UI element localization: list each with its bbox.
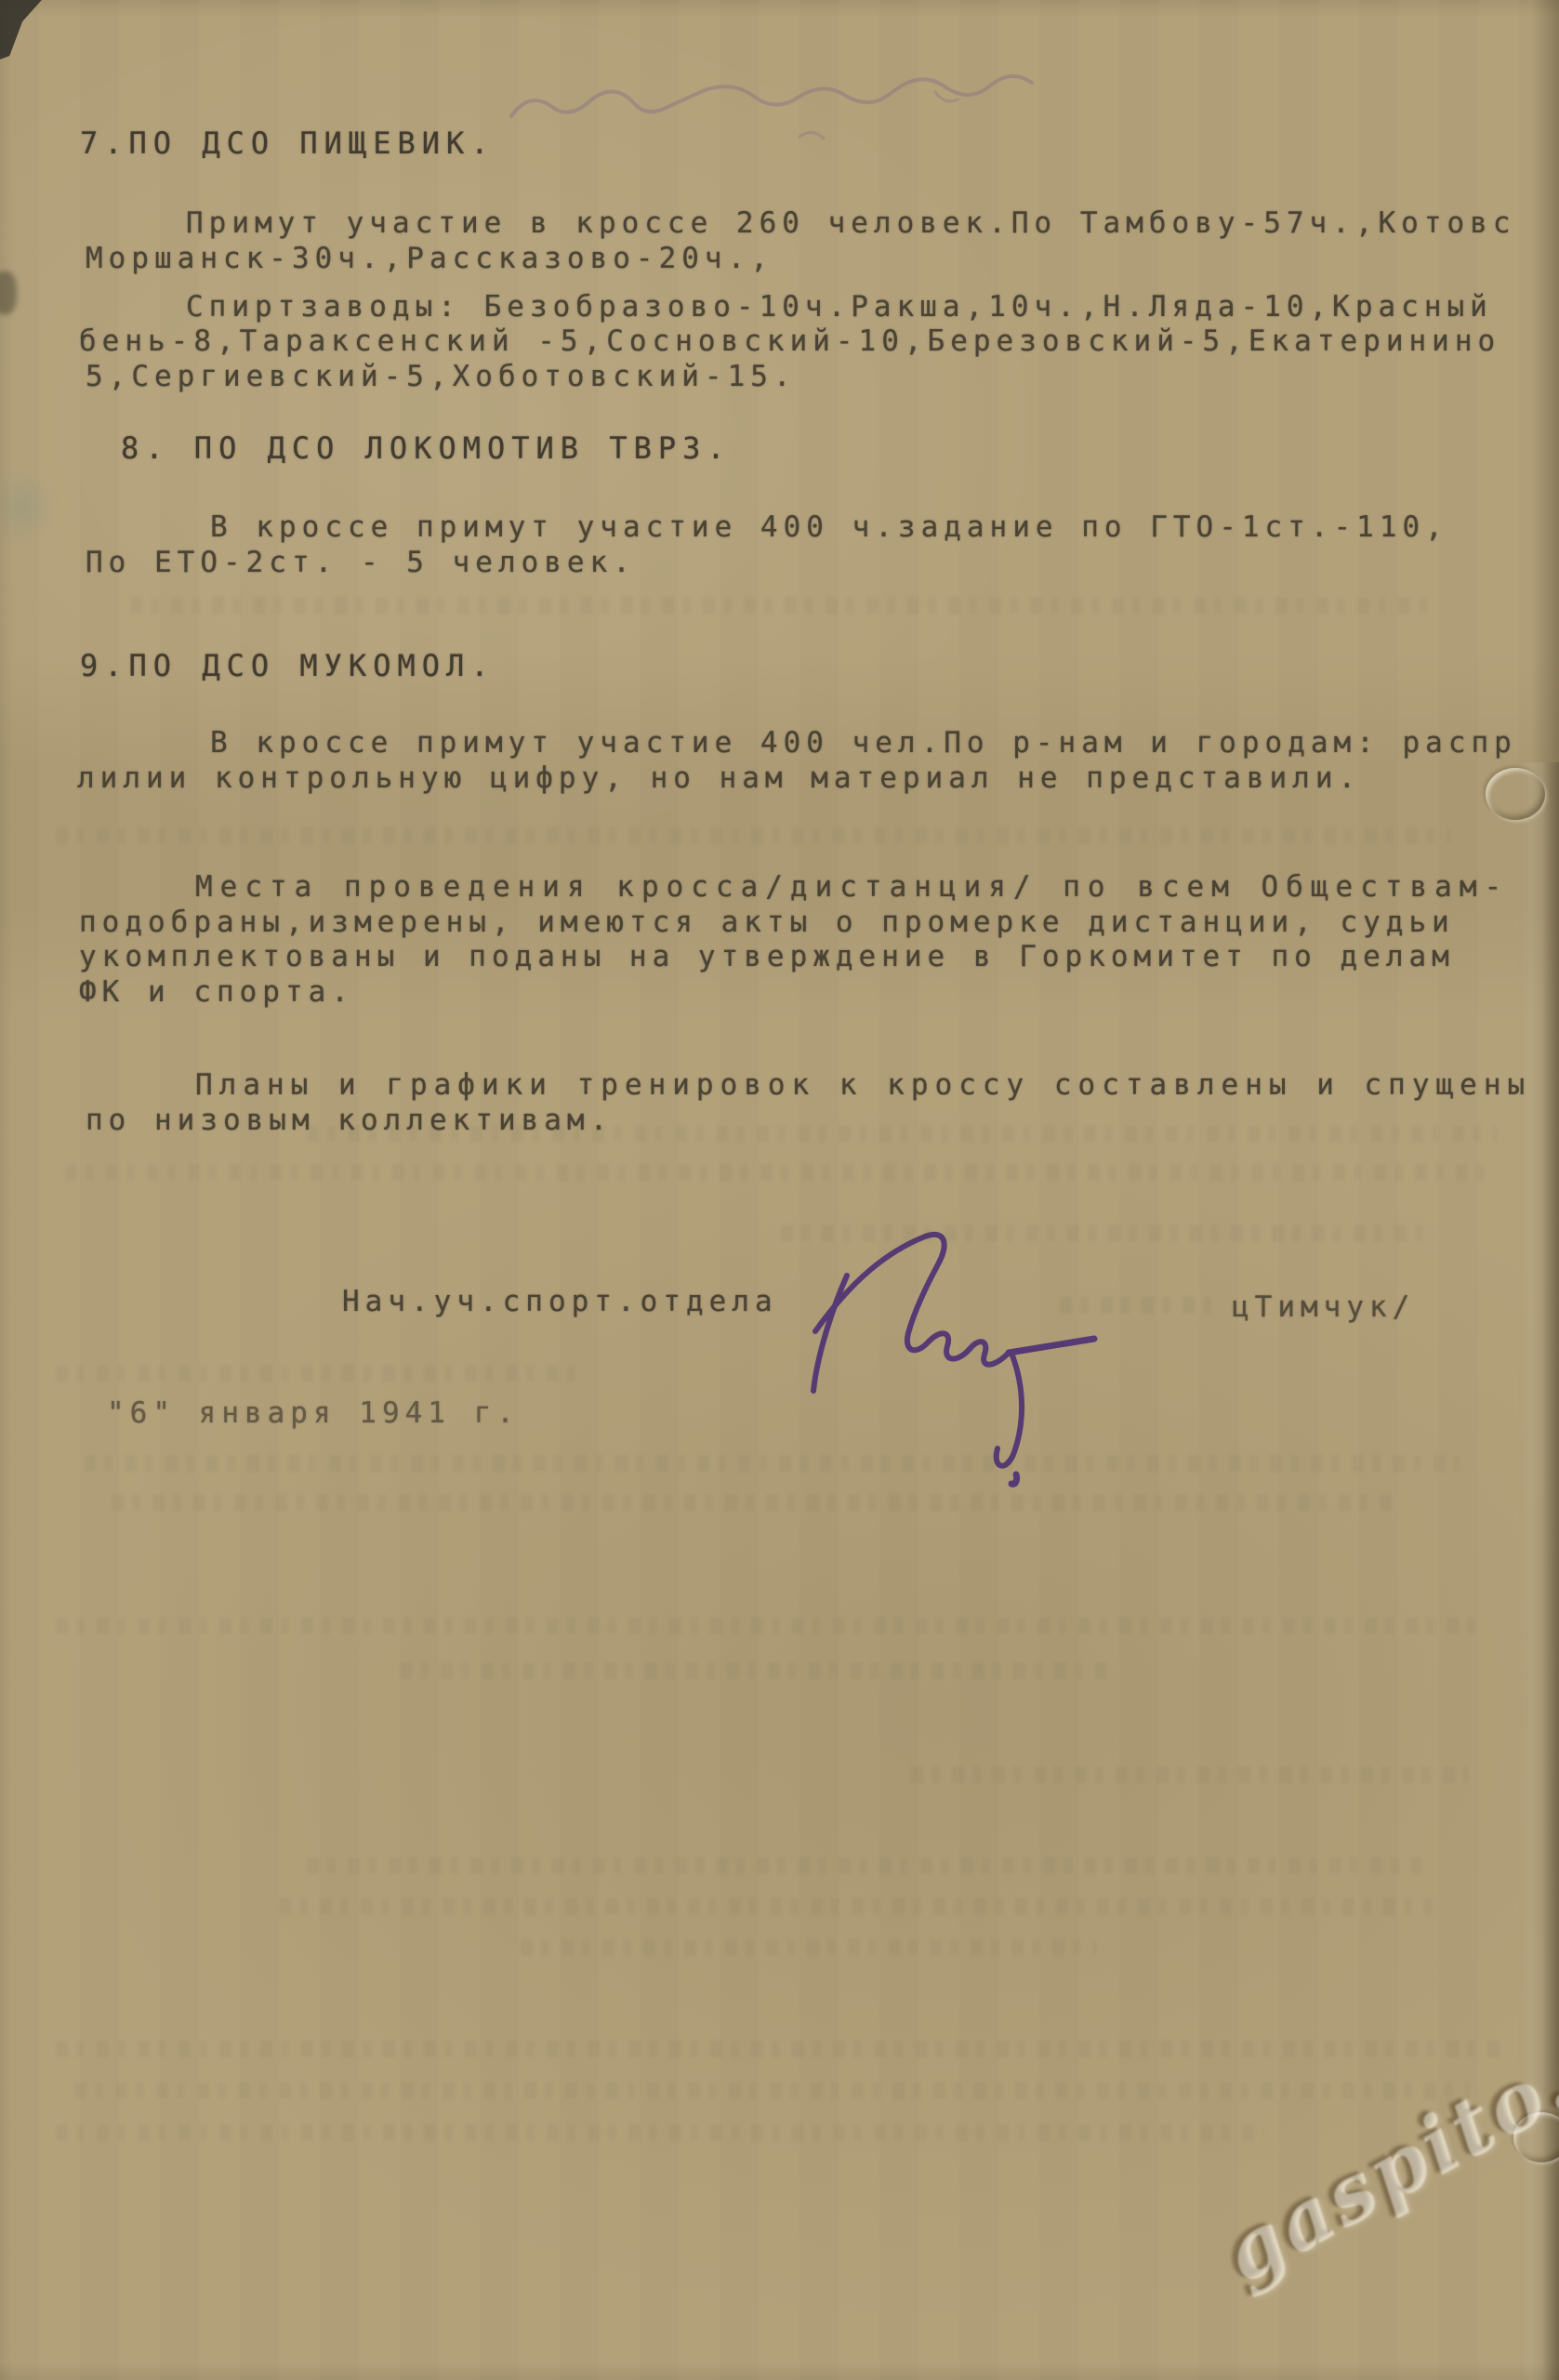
ghost-text-line: [56, 1618, 1487, 1634]
ghost-text-line: [84, 1455, 1460, 1472]
text-line: Примут участие в кроссе 260 человек.По Т…: [186, 206, 1516, 241]
ghost-text-line: [521, 1939, 1097, 1956]
pencil-scribble: [502, 51, 1097, 163]
text-line: Места проведения кросса/дистанция/ по вс…: [195, 870, 1509, 905]
watermark-text: gaspito.ru: [1205, 1813, 1559, 2301]
text-line: подобраны,измерены, имеются акты о проме…: [79, 906, 1455, 940]
section-7-heading: 7.ПО ДСО ПИЩЕВИК.: [80, 126, 495, 161]
ghost-text-line: [56, 2124, 1264, 2141]
text-line: лилии контрольную цифру, но нам материал…: [77, 761, 1361, 796]
section-8-heading: 8. ПО ДСО ЛОКОМОТИВ ТВРЗ.: [121, 431, 732, 466]
scanned-document-page: 7.ПО ДСО ПИЩЕВИК. Примут участие в кросс…: [0, 0, 1559, 2380]
ghost-text-line: [911, 1766, 1469, 1783]
text-line: 5,Сергиевский-5,Хоботовский-15.: [86, 360, 797, 394]
ghost-text-line: [307, 1858, 1422, 1874]
ghost-text-line: [65, 1164, 1497, 1181]
ghost-text-line: [112, 1494, 1394, 1511]
date-line: "6" января 1941 г.: [107, 1396, 520, 1431]
text-line: бень-8,Тараксенский -5,Сосновский-10,Бер…: [79, 324, 1500, 359]
text-line: Моршанск-30ч.,Рассказово-20ч.,: [86, 242, 773, 276]
ink-smudge: [0, 271, 17, 314]
ghost-text-line: [74, 2082, 1469, 2099]
text-line: Спиртзаводы: Безобразово-10ч.Ракша,10ч.,…: [186, 290, 1493, 324]
text-line: ФК и спорта.: [79, 975, 354, 1010]
ghost-text-line: [400, 1662, 1106, 1679]
signature-typed-name: цТимчук/: [1232, 1290, 1415, 1325]
text-line: Планы и графики тренировок к кроссу сост…: [195, 1068, 1531, 1103]
text-line: по низовым коллективам.: [86, 1104, 613, 1138]
section-9-heading: 9.ПО ДСО МУКОМОЛ.: [80, 649, 495, 683]
ink-smudge: [0, 469, 56, 544]
paper-edge-shadow: [1531, 0, 1559, 2380]
punch-hole-top: [1486, 768, 1545, 820]
text-line: По ЕТО-2ст. - 5 человек.: [86, 546, 636, 580]
text-line: В кроссе примут участие 400 чел.По р-нам…: [210, 726, 1517, 760]
text-line: В кроссе примут участие 400 ч.задание по…: [210, 510, 1448, 545]
ghost-text-line: [56, 2041, 1506, 2057]
signature-role: Нач.уч.спорт.отдела: [342, 1285, 778, 1319]
ghost-text-line: [56, 1365, 576, 1382]
signature-autograph: [786, 1190, 1139, 1506]
corner-stain: [0, 0, 48, 61]
ghost-text-line: [130, 597, 1432, 614]
ghost-text-line: [56, 827, 1450, 844]
text-line: укомплектованы и поданы на утверждение в…: [79, 940, 1455, 974]
ghost-text-line: [279, 1898, 1432, 1915]
